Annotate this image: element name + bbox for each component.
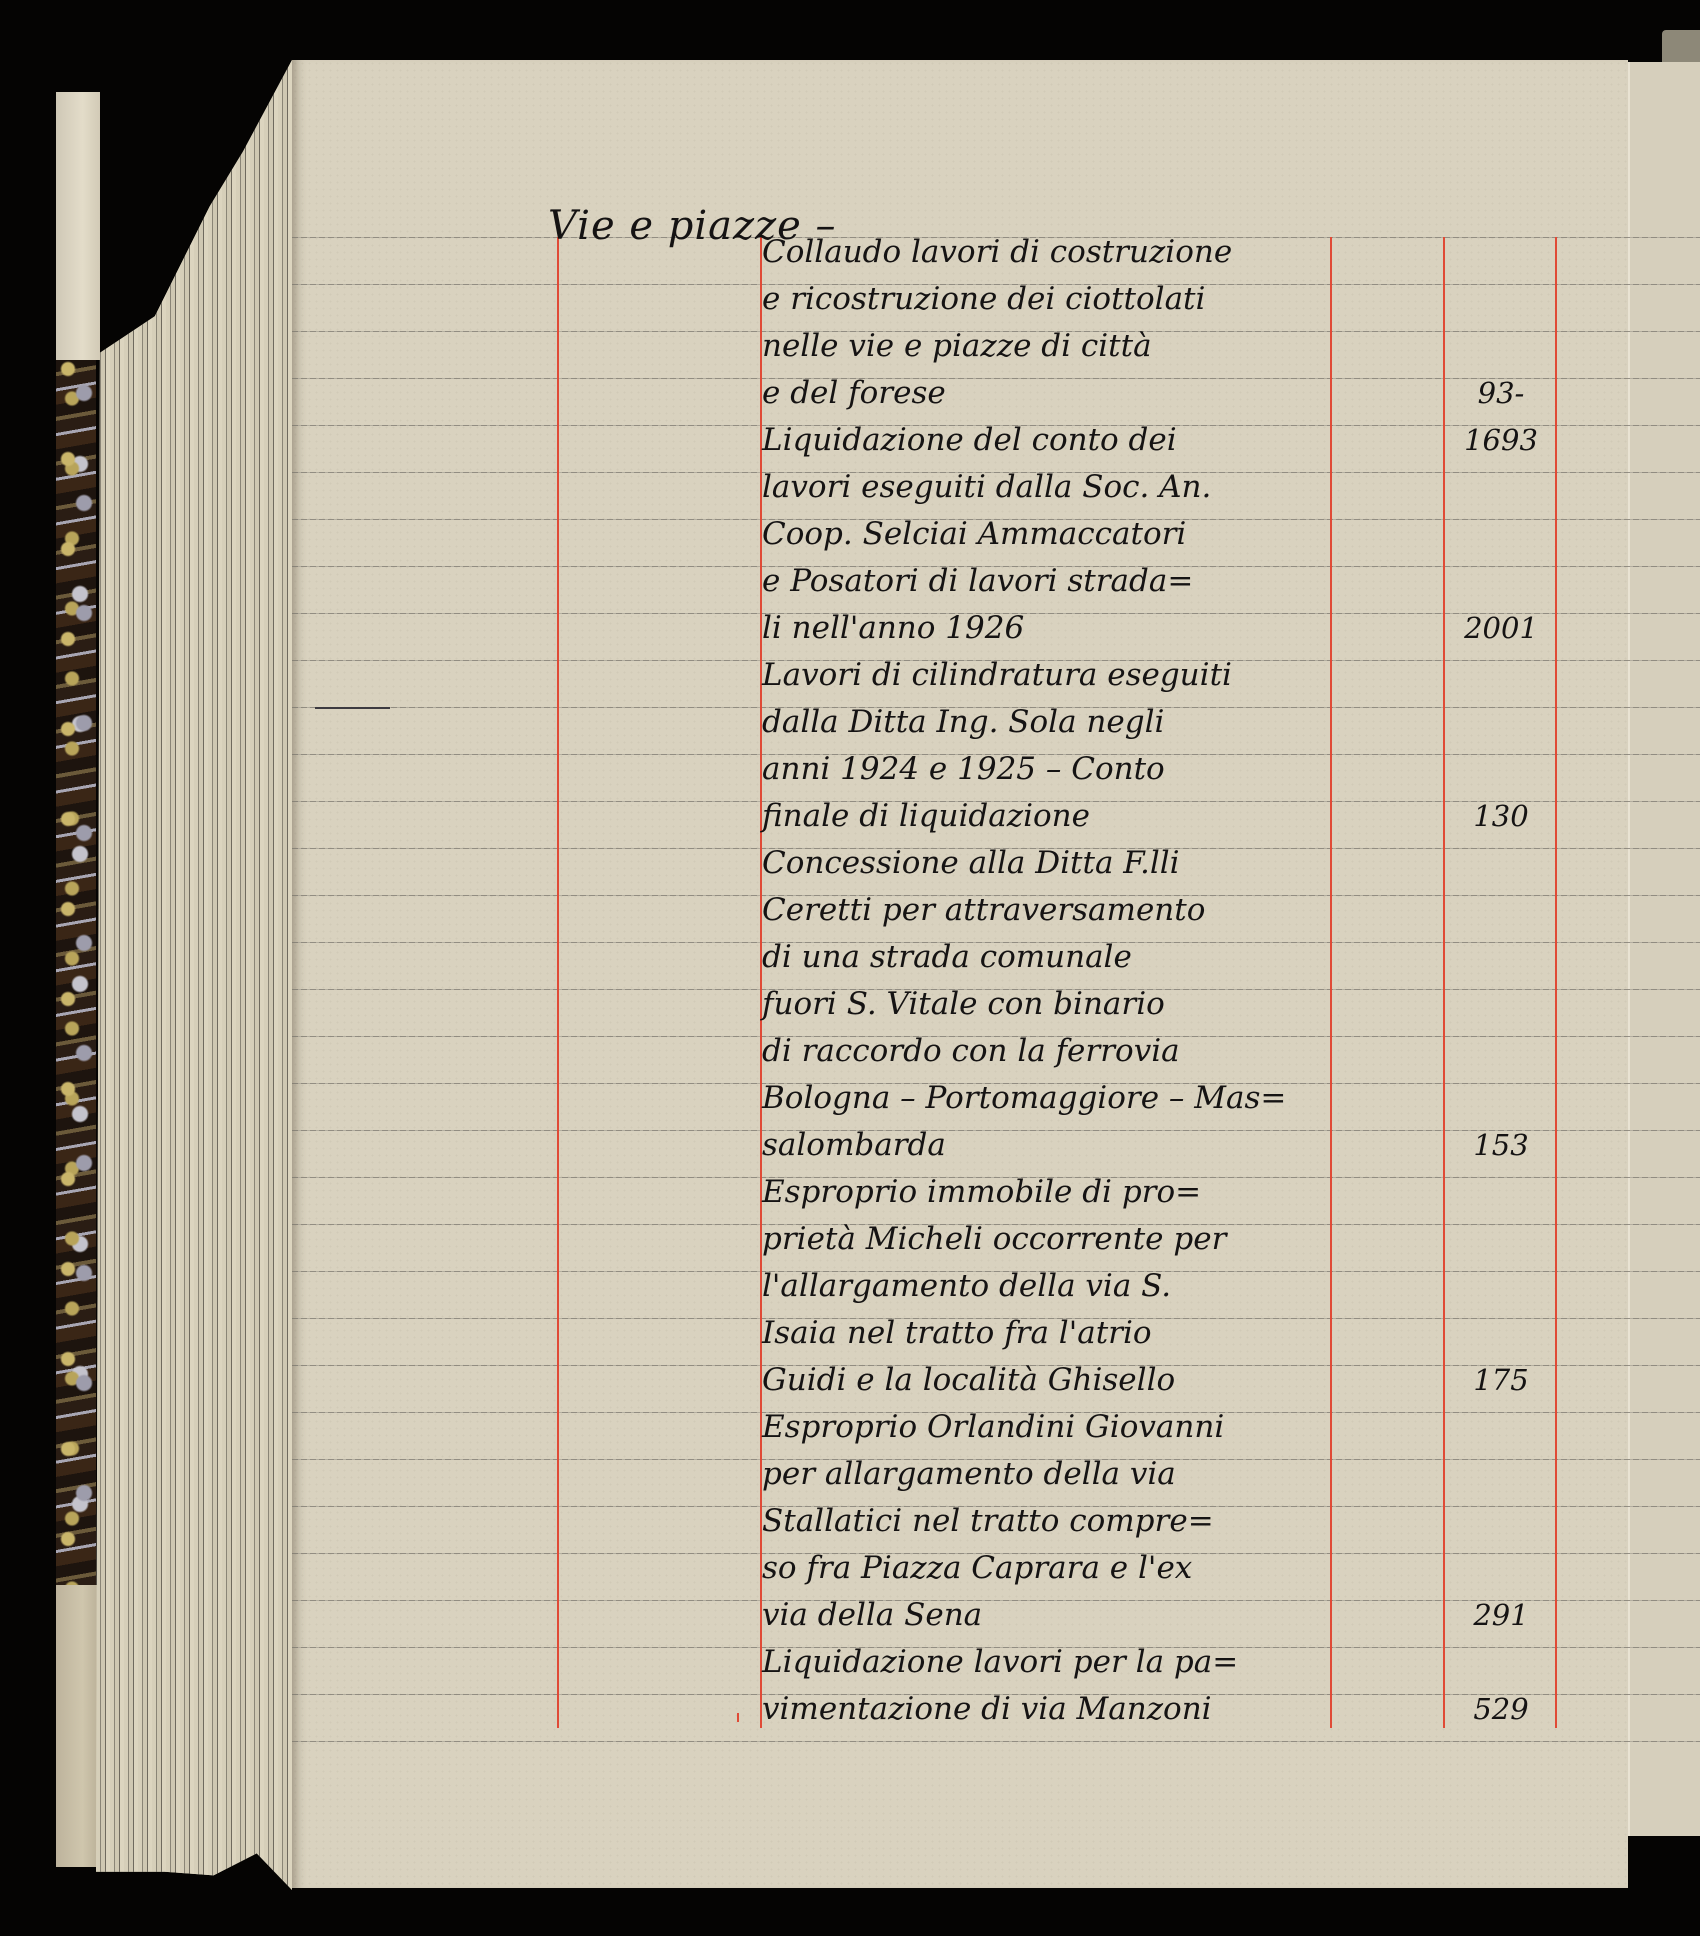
entry-reference-number: 529 — [1446, 1686, 1556, 1733]
red-margin-line-1 — [557, 237, 559, 1728]
book-cover-bottom — [56, 1585, 100, 1867]
entry-reference-number: 291 — [1446, 1592, 1556, 1639]
entry-text-line: fuori S. Vitale con binario — [762, 981, 1332, 1028]
entry-reference-number: 2001 — [1446, 605, 1556, 652]
entry-text-line: Bologna – Portomaggiore – Mas= — [762, 1075, 1332, 1122]
entry-text-line: Liquidazione del conto dei — [762, 417, 1332, 464]
book-cover-marbled — [56, 360, 96, 1585]
entry-text-line: Isaia nel tratto fra l'atrio — [762, 1310, 1332, 1357]
entry-text-line: per allargamento della via — [762, 1451, 1332, 1498]
entry-text-line: di raccordo con la ferrovia — [762, 1028, 1332, 1075]
entry-text-line: via della Sena — [762, 1592, 1332, 1639]
entry-reference-number: 175 — [1446, 1357, 1556, 1404]
entry-text-line: Liquidazione lavori per la pa= — [762, 1639, 1332, 1686]
entry-text-line: e ricostruzione dei ciottolati — [762, 276, 1332, 323]
entry-text-line: Ceretti per attraversamento — [762, 887, 1332, 934]
entry-text-line: Guidi e la località Ghisello — [762, 1357, 1332, 1404]
entry-text-line: Concessione alla Ditta F.lli — [762, 840, 1332, 887]
entry-text-line: salombarda — [762, 1122, 1332, 1169]
entry-text-line: finale di liquidazione — [762, 793, 1332, 840]
entry-text-line: Coop. Selciai Ammaccatori — [762, 511, 1332, 558]
entry-text-line: Collaudo lavori di costruzione — [762, 229, 1332, 276]
entry-text-line: anni 1924 e 1925 – Conto — [762, 746, 1332, 793]
entry-text-line: vimentazione di via Manzoni — [762, 1686, 1332, 1733]
next-page-edge — [1628, 62, 1700, 1836]
ruled-line — [292, 1741, 1700, 1742]
entry-text-line: l'allargamento della via S. — [762, 1263, 1332, 1310]
entry-text-line: Stallatici nel tratto compre= — [762, 1498, 1332, 1545]
entry-text-line: Esproprio Orlandini Giovanni — [762, 1404, 1332, 1451]
entry-text-line: prietà Micheli occorrente per — [762, 1216, 1332, 1263]
book-cover-top — [56, 92, 100, 360]
entry-text-line: di una strada comunale — [762, 934, 1332, 981]
entry-text-line: lavori eseguiti dalla Soc. An. — [762, 464, 1332, 511]
entry-text-line: e del forese — [762, 370, 1332, 417]
entry-text-line: so fra Piazza Caprara e l'ex — [762, 1545, 1332, 1592]
entry-text-line: Lavori di cilindratura eseguiti — [762, 652, 1332, 699]
entry-text-line: e Posatori di lavori strada= — [762, 558, 1332, 605]
entry-text-line: Esproprio immobile di pro= — [762, 1169, 1332, 1216]
red-dot-mark — [737, 1713, 739, 1722]
entry-reference-number: 130 — [1446, 793, 1556, 840]
cover-tab — [1662, 30, 1700, 64]
margin-mark — [315, 707, 390, 709]
entry-reference-number: 153 — [1446, 1122, 1556, 1169]
entry-reference-number: 93-1693 — [1446, 370, 1556, 464]
entry-text-line: li nell'anno 1926 — [762, 605, 1332, 652]
page-stack-edges — [96, 60, 292, 1890]
red-column-line-4 — [1443, 237, 1445, 1728]
entry-text-line: nelle vie e piazze di città — [762, 323, 1332, 370]
entry-text-line: dalla Ditta Ing. Sola negli — [762, 699, 1332, 746]
